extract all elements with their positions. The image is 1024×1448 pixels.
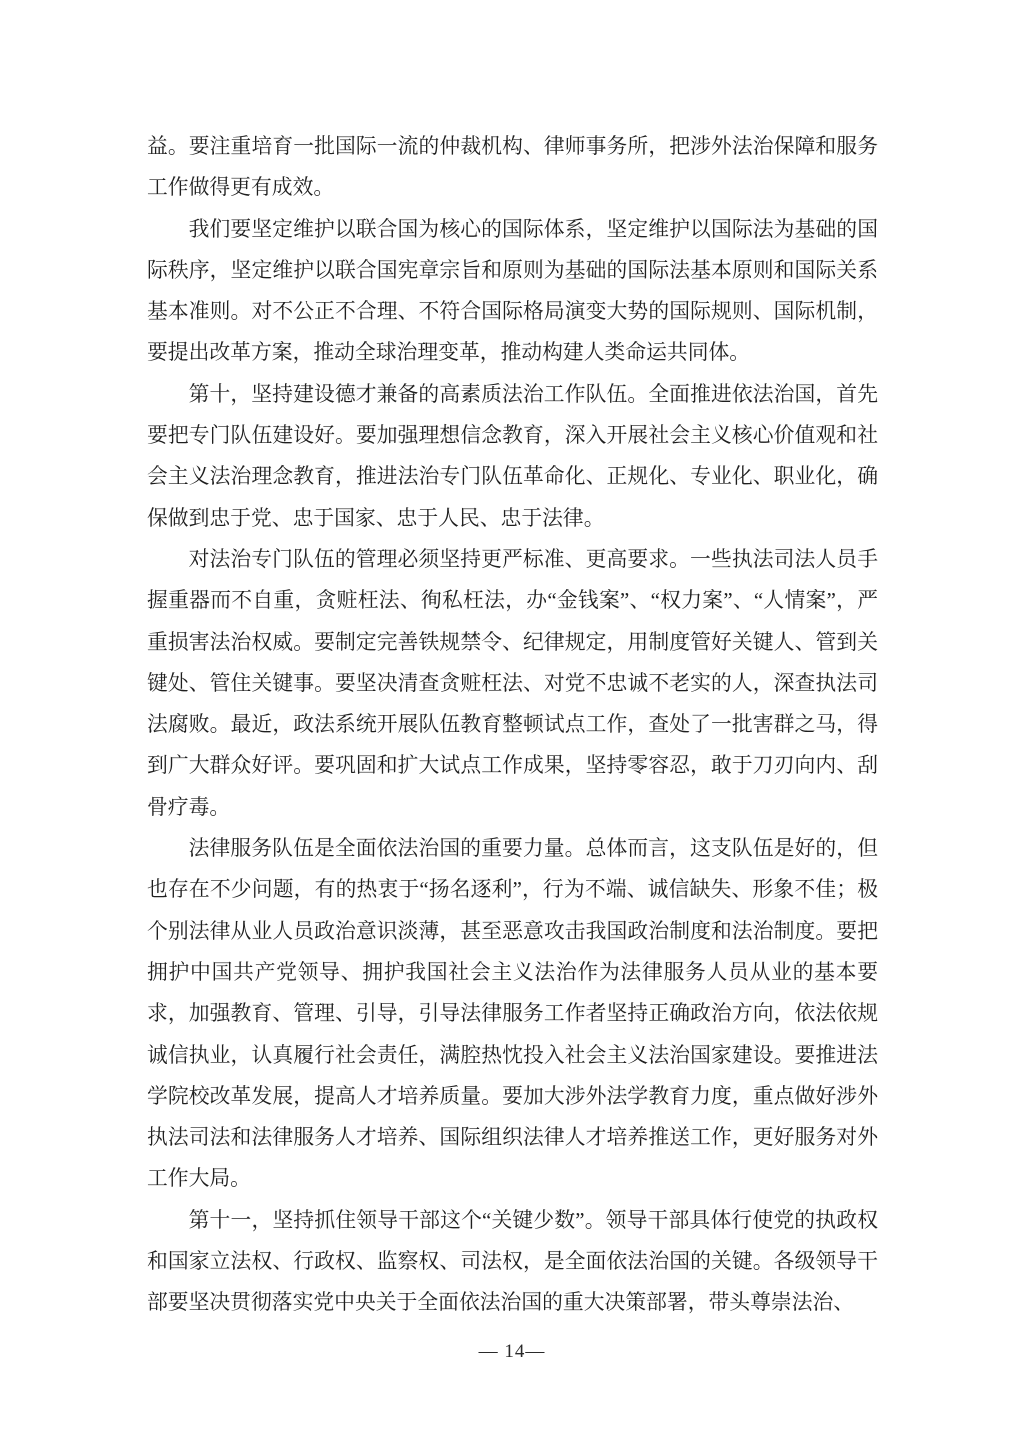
document-page: 益。要注重培育一批国际一流的仲裁机构、律师事务所，把涉外法治保障和服务工作做得更… [0,0,1024,1448]
document-body: 益。要注重培育一批国际一流的仲裁机构、律师事务所，把涉外法治保障和服务工作做得更… [147,126,878,1324]
paragraph: 我们要坚定维护以联合国为核心的国际体系，坚定维护以国际法为基础的国际秩序，坚定维… [147,209,878,374]
paragraph: 第十，坚持建设德才兼备的高素质法治工作队伍。全面推进依法治国，首先要把专门队伍建… [147,374,878,539]
page-number: — 14— [0,1340,1024,1364]
paragraph: 益。要注重培育一批国际一流的仲裁机构、律师事务所，把涉外法治保障和服务工作做得更… [147,126,878,209]
paragraph: 法律服务队伍是全面依法治国的重要力量。总体而言，这支队伍是好的，但也存在不少问题… [147,828,878,1200]
paragraph: 第十一，坚持抓住领导干部这个“关键少数”。领导干部具体行使党的执政权和国家立法权… [147,1200,878,1324]
paragraph: 对法治专门队伍的管理必须坚持更严标准、更高要求。一些执法司法人员手握重器而不自重… [147,539,878,828]
